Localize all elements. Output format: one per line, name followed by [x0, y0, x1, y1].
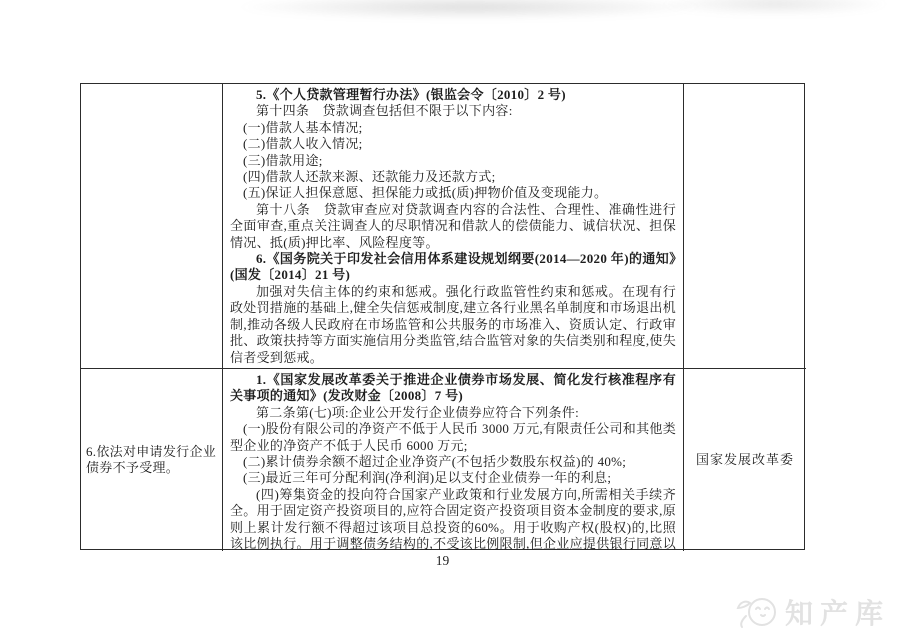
brand-watermark: 知产库	[736, 592, 890, 632]
brand-text: 知产库	[785, 592, 890, 632]
regulation-table: 5.《个人贷款管理暂行办法》(银监会令〔2010〕2 号) 第十四条 贷款调查包…	[80, 83, 805, 550]
legal-basis-paragraph: (四)筹集资金的投向符合国家产业政策和行业发展方向,所需相关手续齐全。用于固定资…	[230, 487, 676, 551]
legal-basis-paragraph: (三)最近三年可分配利润(净利润)足以支付企业债券一年的利息;	[230, 470, 676, 486]
legal-basis-paragraph: 6.《国务院关于印发社会信用体系建设规划纲要(2014—2020 年)的通知》(…	[230, 251, 676, 284]
measure-text: 6.依法对申请发行企业债券不予受理。	[86, 444, 217, 477]
scan-artifact	[235, 0, 705, 20]
page-number: 19	[80, 553, 805, 569]
department-cell-row2: 国家发展改革委	[684, 369, 806, 551]
legal-basis-paragraph: (二)借款人收入情况;	[230, 136, 676, 152]
legal-basis-paragraph: 第二条第(七)项:企业公开发行企业债券应符合下列条件:	[230, 405, 676, 421]
legal-basis-paragraph: (一)借款人基本情况;	[230, 120, 676, 136]
measure-cell-row1	[81, 84, 223, 369]
legal-basis-paragraph: (四)借款人还款来源、还款能力及还款方式;	[230, 169, 676, 185]
legal-basis-paragraph: 第十四条 贷款调查包括但不限于以下内容:	[230, 103, 676, 119]
legal-basis-paragraph: 加强对失信主体的约束和惩戒。强化行政监管性约束和惩戒。在现有行政处罚措施的基础上…	[230, 284, 676, 366]
chick-logo-icon	[736, 594, 780, 630]
legal-basis-cell-row1: 5.《个人贷款管理暂行办法》(银监会令〔2010〕2 号) 第十四条 贷款调查包…	[223, 84, 684, 369]
legal-basis-paragraph: 第十八条 贷款审查应对贷款调查内容的合法性、合理性、准确性进行全面审查,重点关注…	[230, 202, 676, 251]
scan-artifact	[660, 0, 890, 16]
measure-cell-row2: 6.依法对申请发行企业债券不予受理。	[81, 369, 223, 551]
legal-basis-cell-row2: 1.《国家发展改革委关于推进企业债券市场发展、简化发行核准程序有关事项的通知》(…	[223, 369, 684, 551]
legal-basis-paragraph: 1.《国家发展改革委关于推进企业债券市场发展、简化发行核准程序有关事项的通知》(…	[230, 372, 676, 405]
legal-basis-paragraph: (五)保证人担保意愿、担保能力或抵(质)押物价值及变现能力。	[230, 185, 676, 201]
legal-basis-paragraph: (二)累计债券余额不超过企业净资产(不包括少数股东权益)的 40%;	[230, 454, 676, 470]
legal-basis-paragraph: (一)股份有限公司的净资产不低于人民币 3000 万元,有限责任公司和其他类型企…	[230, 421, 676, 454]
legal-basis-paragraph: (三)借款用途;	[230, 153, 676, 169]
department-cell-row1	[684, 84, 806, 369]
department-text: 国家发展改革委	[696, 452, 794, 468]
legal-basis-paragraph: 5.《个人贷款管理暂行办法》(银监会令〔2010〕2 号)	[230, 87, 676, 103]
